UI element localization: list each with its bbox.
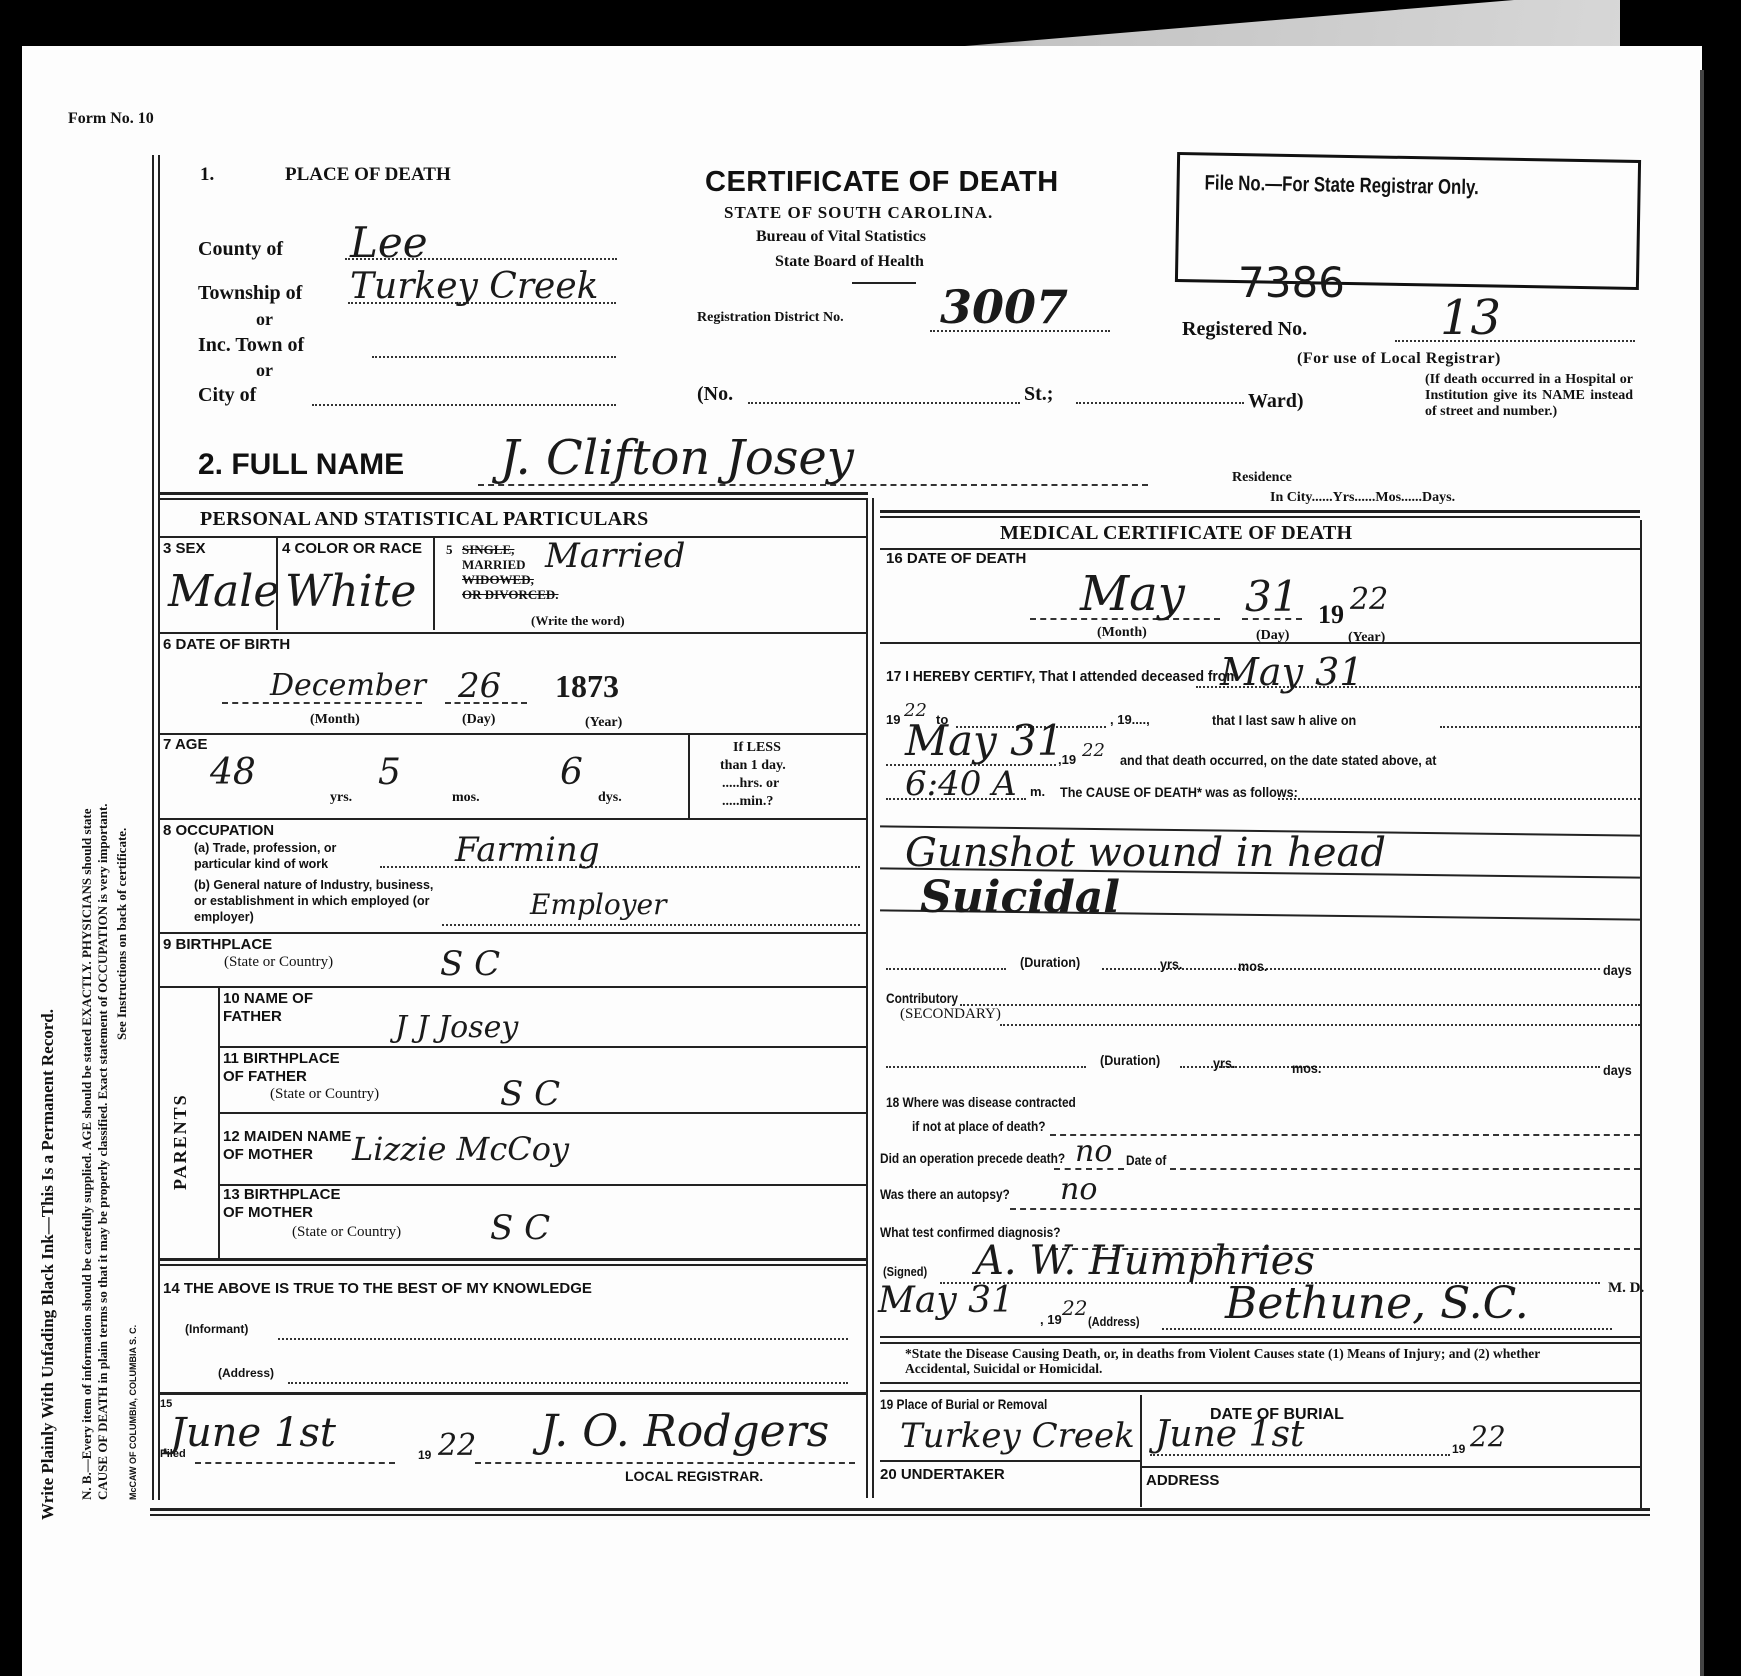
rule-father-bp [220,1046,866,1048]
undertaker-label: 20 UNDERTAKER [880,1466,1005,1483]
occupation-b-value[interactable]: Employer [530,888,667,921]
marital-option-divorced: OR DIVORCED. [462,587,559,603]
sex-value[interactable]: Male [168,566,279,617]
burial-year-prefix: 19 [1452,1442,1465,1456]
township-value[interactable]: Turkey Creek [350,266,598,307]
less-than-day-line4: .....min.? [722,794,773,810]
left-border-rule-2 [158,155,160,1500]
rule-address [1140,1466,1640,1468]
duration-1-line [886,968,1006,970]
dob-day-value[interactable]: 26 [458,666,501,706]
informant-heading: 14 THE ABOVE IS TRUE TO THE BEST OF MY K… [163,1280,592,1297]
ward-label: Ward) [1248,390,1304,413]
marital-note: (Write the word) [531,613,625,629]
sign-year-prefix: , 19 [1040,1312,1062,1327]
registered-no-line [1395,340,1635,342]
nb-instructions-line3: See Instructions on back of certificate. [114,828,130,1040]
race-marital-divider [433,538,435,630]
nb-instructions-line1: N. B.—Every item of information should b… [80,808,94,1500]
cause-label: The CAUSE OF DEATH* was as follows: [1060,784,1298,800]
or-text-2: or [256,360,273,381]
full-name-value[interactable]: J. Clifton Josey [500,430,854,486]
rule-informant-2 [158,1264,866,1266]
last-saw-line [1440,726,1640,728]
section-rule-left [158,492,868,495]
full-name-label: 2. FULL NAME [198,448,404,482]
rule-mother-name [220,1112,866,1114]
father-birthplace-sub: (State or Country) [270,1086,379,1103]
file-box-label: File No.—For State Registrar Only. [1204,171,1479,200]
bureau-name: Bureau of Vital Statistics [756,228,926,246]
autopsy-label: Was there an autopsy? [880,1186,1010,1202]
dob-month-caption: (Month) [310,712,360,728]
center-column-rule-2 [872,498,874,1498]
race-label: 4 COLOR OR RACE [282,540,422,557]
hospital-note: (If death occurred in a Hospital or Inst… [1425,372,1633,420]
dod-year-prefix: 19 [1318,600,1344,630]
or-text-1: or [256,309,273,330]
less-than-day-line1: If LESS [733,740,781,756]
rule-filing [158,1392,866,1395]
dob-day-caption: (Day) [462,712,495,728]
rule-parents [158,986,866,988]
rule-burial [880,1382,1640,1384]
burial-divider [1140,1395,1142,1507]
burial-place-label: 19 Place of Burial or Removal [880,1396,1047,1412]
local-registrar-label: LOCAL REGISTRAR. [625,1468,763,1484]
md-label: M. D. [1608,1280,1644,1297]
birthplace-label: 9 BIRTHPLACE [163,936,272,953]
duration-1-mos: mos. [1238,958,1267,974]
secondary-label: (SECONDARY) [900,1006,1001,1023]
board-name: State Board of Health [775,253,924,271]
rule-certify [880,642,1640,644]
filing-number: 15 [160,1398,172,1410]
registration-district-label: Registration District No. [697,310,844,326]
bottom-rule-2 [150,1514,1650,1516]
rule-burial-2 [880,1390,1640,1392]
mother-birthplace-label: 13 BIRTHPLACE OF MOTHER [223,1186,363,1222]
county-label: County of [198,238,283,261]
informant-address-line [288,1382,848,1384]
dod-day-value[interactable]: 31 [1245,572,1298,621]
duration-2-line [886,1066,1086,1068]
duration-2-label: (Duration) [1100,1052,1160,1068]
township-label: Township of [198,282,302,305]
cause-label-line [1278,798,1640,800]
age-days-value[interactable]: 6 [560,752,583,793]
rule-footnote-2 [880,1342,1640,1344]
last-saw-label: that I last saw h alive on [1212,712,1356,728]
birthplace-sub: (State or Country) [224,954,333,971]
duration-2-value-line [1180,1066,1600,1068]
less-than-day-line2: than 1 day. [720,758,786,774]
rule-age [158,733,866,735]
age-months-value[interactable]: 5 [378,752,401,793]
duration-1-days-line [1290,968,1600,970]
section-rule-left-2 [158,498,868,500]
street-number-label: (No. [697,383,733,406]
rule-occupation [158,818,866,820]
operation-date-line [1170,1168,1640,1170]
left-border-rule [152,155,154,1500]
ward-line [1076,402,1244,404]
occupation-b-label: (b) General nature of Industry, business… [194,877,444,925]
operation-label: Did an operation precede death? [880,1150,1065,1166]
duration-2-days: days [1603,1062,1632,1078]
street-number-line [748,402,1020,404]
operation-value[interactable]: no [1075,1134,1112,1169]
filed-date-value[interactable]: June 1st [170,1410,336,1456]
contributory-line-2 [1000,1024,1640,1026]
filed-year-prefix: 19 [418,1448,431,1462]
occupation-a-label: (a) Trade, profession, or particular kin… [194,840,384,872]
right-border-rule [1640,520,1642,1510]
age-label: 7 AGE [163,736,207,753]
form-number: Form No. 10 [68,110,154,128]
place-of-death-number: 1. [200,164,214,186]
cause-footnote: *State the Disease Causing Death, or, in… [905,1346,1605,1376]
occupation-a-value[interactable]: Farming [455,830,600,870]
registered-no-label: Registered No. [1182,318,1307,341]
dob-month-value[interactable]: December [270,668,426,703]
age-yrs-unit: yrs. [330,790,352,806]
dob-year-caption: (Year) [585,715,622,731]
contributory-label: Contributory [886,990,958,1006]
operation-date-label: Date of [1126,1152,1166,1168]
nb-instructions-line2: CAUSE OF DEATH in plain terms so that it… [96,803,110,1500]
less-than-day-line3: .....hrs. or [722,776,779,792]
certify-text: 17 I HEREBY CERTIFY, That I attended dec… [886,668,1239,685]
dod-year-value[interactable]: 22 [1350,582,1388,617]
title-underline [852,282,916,284]
autopsy-line [1010,1208,1640,1210]
street-label: St.; [1024,383,1053,406]
physician-address-label: (Address) [1088,1314,1140,1329]
contributory-line [960,1004,1640,1006]
mother-name-label: 12 MAIDEN NAME OF MOTHER [223,1128,353,1164]
page-edge-shadow [1700,70,1704,1676]
parents-divider [218,986,220,1258]
death-time-suffix: m. [1030,784,1045,799]
signed-label: (Signed) [883,1264,927,1279]
marital-option-widowed: WIDOWED, [462,572,534,588]
last-seen-value[interactable]: May 31 [905,716,1064,765]
duration-2-yrs: yrs. [1213,1055,1235,1071]
center-column-rule [866,498,868,1498]
residence-duration-line: In City......Yrs......Mos......Days. [1270,490,1455,506]
birthplace-value[interactable]: S C [440,944,500,984]
marital-option-single: SINGLE, [462,542,514,558]
duration-1-label: (Duration) [1020,954,1080,970]
sex-race-divider [276,538,278,630]
dod-month-value[interactable]: May [1080,566,1185,622]
father-name-value[interactable]: J J Josey [395,1010,518,1045]
write-plainly-notice: Write Plainly With Unfading Black Ink—Th… [38,1009,58,1520]
filed-year-value[interactable]: 22 [438,1428,476,1463]
q18-line1: 18 Where was disease contracted [886,1094,1076,1110]
informant-line [278,1338,848,1340]
section-rule-right [880,510,1640,513]
mother-name-value[interactable]: Lizzie McCoy [352,1130,569,1168]
cause-of-death-line1[interactable]: Gunshot wound in head [905,830,1386,876]
parents-side-label: PARENTS [170,1093,191,1190]
age-years-value[interactable]: 48 [210,752,256,793]
rule-birthplace [158,932,866,934]
section-rule-right-2 [880,516,1640,518]
medical-heading: MEDICAL CERTIFICATE OF DEATH [1000,522,1352,545]
sign-date-value[interactable]: May 31 [878,1280,1014,1321]
city-line [312,404,616,406]
mother-birthplace-sub: (State or Country) [292,1224,401,1241]
father-name-label: 10 NAME OF FATHER [223,990,333,1026]
bottom-rule [150,1508,1650,1511]
mother-birthplace-value[interactable]: S C [490,1208,550,1248]
sign-year-value[interactable]: 22 [1062,1296,1087,1320]
death-time-value[interactable]: 6:40 A [905,764,1017,804]
father-birthplace-label: 11 BIRTHPLACE OF FATHER [223,1050,363,1086]
undertaker-address-label: ADDRESS [1146,1472,1219,1489]
state-name: STATE OF SOUTH CAROLINA. [724,203,993,223]
burial-year-value[interactable]: 22 [1470,1420,1506,1453]
certificate-title: CERTIFICATE OF DEATH [705,166,1059,199]
occupation-label: 8 OCCUPATION [163,822,274,839]
rule-dob [158,632,866,634]
rule-undertaker [880,1460,1140,1462]
rule-informant [158,1258,866,1261]
registered-no-value[interactable]: 13 [1440,290,1501,346]
personal-heading: PERSONAL AND STATISTICAL PARTICULARS [200,508,649,531]
physician-address-value[interactable]: Bethune, S.C. [1225,1278,1529,1329]
informant-label: (Informant) [185,1322,248,1336]
dob-year-value[interactable]: 1873 [555,668,619,705]
occupation-b-line [442,924,860,926]
filed-date-line [195,1462,395,1464]
duration-2-mos: mos. [1292,1060,1321,1076]
printer-credit: McCAW OF COLUMBIA, COLUMBIA S. C. [128,1325,138,1500]
dod-month-caption: (Month) [1097,625,1147,641]
registrar-signature[interactable]: J. O. Rodgers [540,1406,829,1457]
duration-1-yrs: yrs. [1160,956,1182,972]
attended-from-value[interactable]: May 31 [1220,650,1363,694]
age-mos-unit: mos. [452,790,480,806]
attended-to-year: , 19...., [1110,712,1150,727]
occupation-a-line [380,866,860,868]
autopsy-value[interactable]: no [1060,1172,1097,1207]
residence-label: Residence [1232,470,1292,486]
q18-line [1050,1134,1640,1136]
dob-label: 6 DATE OF BIRTH [163,636,290,653]
marital-number: 5 [446,542,453,558]
inc-town-label: Inc. Town of [198,334,304,357]
burial-date-value[interactable]: June 1st [1155,1414,1304,1455]
attended-year-prefix: 19 [886,712,900,727]
file-number-value[interactable]: 7386 [1238,258,1345,307]
local-registrar-note: (For use of Local Registrar) [1297,350,1501,368]
informant-address-label: (Address) [218,1366,274,1380]
rule-personal [158,536,866,538]
city-label: City of [198,384,256,407]
registration-district-value[interactable]: 3007 [940,280,1068,334]
county-value[interactable]: Lee [350,218,428,267]
dod-label: 16 DATE OF DEATH [886,550,1026,567]
death-occurred-text: and that death occurred, on the date sta… [1120,752,1436,768]
marital-value[interactable]: Married [545,536,685,576]
registrar-signature-line [475,1462,855,1464]
marital-option-married: MARRIED [462,557,526,573]
father-birthplace-value[interactable]: S C [500,1074,560,1114]
cause-of-death-line2[interactable]: Suicidal [920,872,1120,923]
q18-line2: if not at place of death? [912,1118,1046,1134]
rule-footnote [880,1336,1640,1338]
sex-label: 3 SEX [163,540,206,557]
race-value[interactable]: White [285,566,416,617]
place-of-death-heading: PLACE OF DEATH [285,164,451,186]
inc-town-line [372,356,616,358]
duration-1-days: days [1603,962,1632,978]
age-dys-unit: dys. [598,790,622,806]
last-seen-year-value[interactable]: 22 [1082,740,1105,761]
last-seen-year-prefix: ,19 [1058,752,1076,767]
age-less-divider [688,735,690,819]
burial-place-value[interactable]: Turkey Creek [900,1416,1135,1456]
